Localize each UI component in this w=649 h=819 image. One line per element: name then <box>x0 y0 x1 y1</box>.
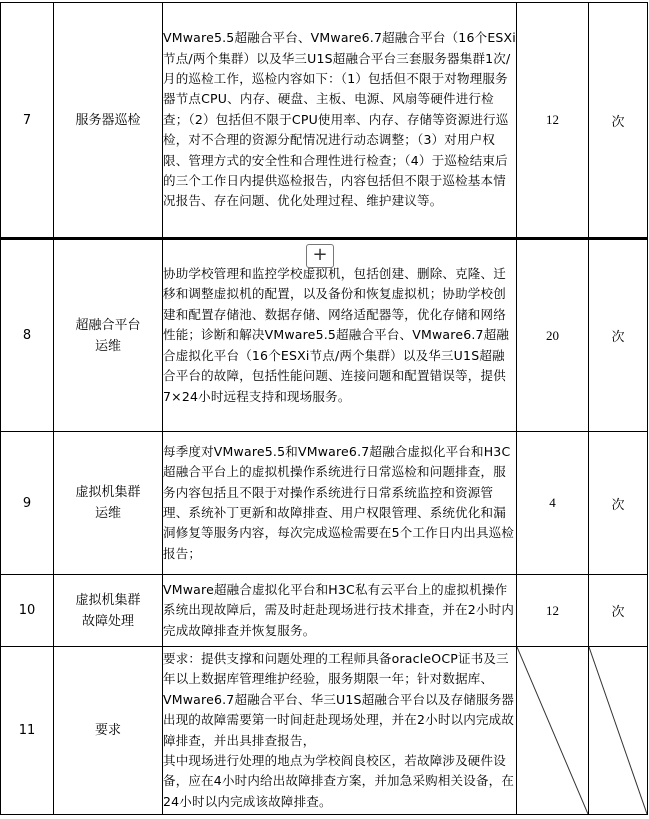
row-index: 11 <box>1 647 54 815</box>
item-description[interactable]: 每季度对VMware5.5和VMware6.7超融合虚拟化平台和H3C超融合平台… <box>163 432 517 575</box>
item-unit: 次 <box>589 3 648 239</box>
item-quantity: 12 <box>517 575 589 647</box>
item-quantity: 12 <box>517 3 589 239</box>
row-index: 7 <box>1 3 54 239</box>
diagonal-slash-icon <box>589 647 647 814</box>
item-name: 虚拟机集群 运维 <box>54 432 163 575</box>
item-name: 虚拟机集群 故障处理 <box>54 575 163 647</box>
item-description[interactable]: 要求：提供支撑和问题处理的工程师具备oracleOCP证书及三年以上数据库管理维… <box>163 647 517 815</box>
diagonal-slash-icon <box>517 647 588 814</box>
item-unit-empty <box>589 647 648 815</box>
item-description[interactable]: 协助学校管理和监控学校虚拟机，包括创建、删除、克隆、迁移和调整虚拟机的配置，以及… <box>163 239 517 432</box>
item-name: 服务器巡检 <box>54 3 163 239</box>
item-unit: 次 <box>589 575 648 647</box>
table-move-handle-icon[interactable]: + <box>306 244 334 268</box>
item-description[interactable]: VMware5.5超融合平台、VMware6.7超融合平台（16个ESXi节点/… <box>163 3 517 239</box>
description-paragraph: 要求：提供支撑和问题处理的工程师具备oracleOCP证书及三年以上数据库管理维… <box>163 649 516 751</box>
row-index: 10 <box>1 575 54 647</box>
item-quantity: 4 <box>517 432 589 575</box>
item-name-line: 运维 <box>54 336 162 357</box>
item-quantity-empty <box>517 647 589 815</box>
table-row: 9 虚拟机集群 运维 每季度对VMware5.5和VMware6.7超融合虚拟化… <box>1 432 648 575</box>
item-name: 超融合平台 运维 <box>54 239 163 432</box>
description-paragraph: 其中现场进行处理的地点为学校阎良校区，若故障涉及硬件设备，应在4小时内给出故障排… <box>163 751 516 812</box>
row-index: 8 <box>1 239 54 432</box>
table-row: 7 服务器巡检 VMware5.5超融合平台、VMware6.7超融合平台（16… <box>1 3 648 239</box>
item-name-line: 运维 <box>54 503 162 524</box>
item-quantity: 20 <box>517 239 589 432</box>
item-name-line: 故障处理 <box>54 611 162 632</box>
item-name-line: 超融合平台 <box>54 315 162 336</box>
item-description[interactable]: VMware超融合虚拟化平台和H3C私有云平台上的虚拟机操作系统出现故障后，需及… <box>163 575 517 647</box>
item-name-line: 虚拟机集群 <box>54 590 162 611</box>
service-items-table: 7 服务器巡检 VMware5.5超融合平台、VMware6.7超融合平台（16… <box>0 2 648 815</box>
item-name-line: 虚拟机集群 <box>54 482 162 503</box>
row-index: 9 <box>1 432 54 575</box>
item-unit: 次 <box>589 432 648 575</box>
item-name: 要求 <box>54 647 163 815</box>
table-row: 10 虚拟机集群 故障处理 VMware超融合虚拟化平台和H3C私有云平台上的虚… <box>1 575 648 647</box>
item-unit: 次 <box>589 239 648 432</box>
table-row: 11 要求 要求：提供支撑和问题处理的工程师具备oracleOCP证书及三年以上… <box>1 647 648 815</box>
